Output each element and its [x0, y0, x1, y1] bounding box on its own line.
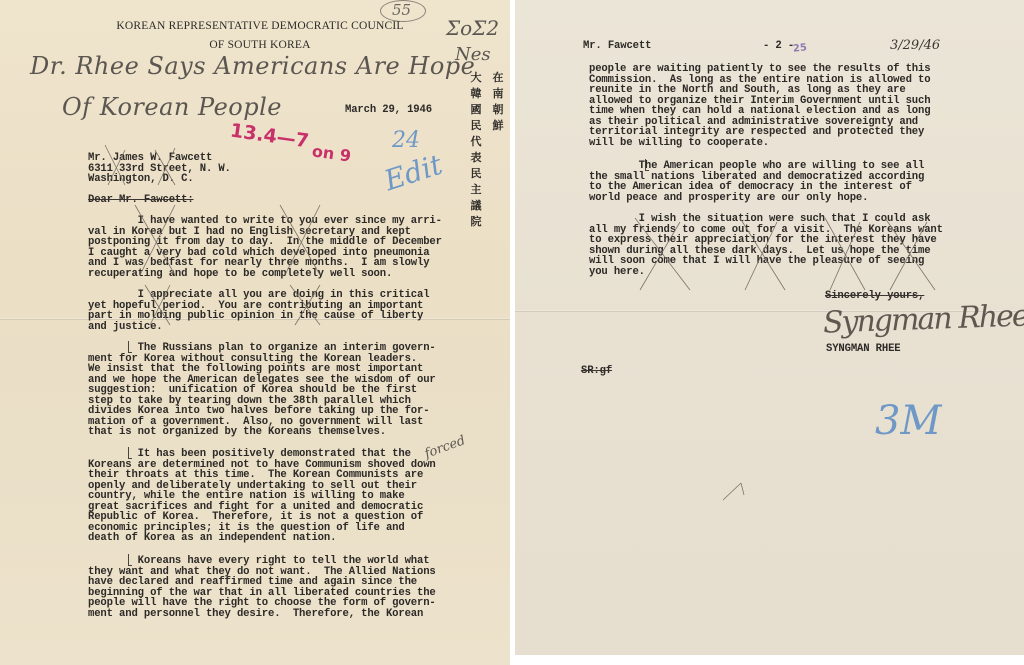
text-line: recuperating and hope to be completely w…	[88, 269, 392, 279]
text-line: world peace and prosperity are our only …	[589, 193, 868, 203]
handwritten-headline-line-2: Of Korean People	[62, 93, 282, 121]
text-line: have declared and reaffirmed time and ag…	[88, 577, 417, 587]
recipient-city: Washington, D. C.	[88, 174, 194, 184]
text-line: The American people who are willing to s…	[589, 161, 924, 171]
text-line: Koreans have every right to tell the wor…	[88, 556, 429, 566]
text-line: country, while the entire nation is will…	[88, 491, 405, 501]
text-line: territorial integrity are respected and …	[589, 127, 924, 137]
text-line: We insist that the following points are …	[88, 364, 423, 374]
text-line: part in molding public opinion in the ca…	[88, 311, 423, 321]
text-line: will be willing to cooperate.	[589, 138, 769, 148]
margin-note-top-right-1: ΣοΣ2	[446, 16, 499, 40]
cjk-char: 主	[470, 182, 482, 198]
red-stamp-on-page: on 9	[311, 141, 352, 165]
handwritten-signature: Syngman Rhee	[822, 298, 1024, 340]
blue-pencil-note: 3M	[875, 398, 941, 444]
cjk-char: 鮮	[492, 118, 504, 134]
letter-date: March 29, 1946	[345, 105, 432, 115]
cjk-char: 在	[492, 70, 504, 86]
letter-page-1: 55 KOREAN REPRESENTATIVE DEMOCRATIC COUN…	[0, 0, 510, 665]
text-line: I wish the situation were such that I co…	[589, 214, 930, 224]
letterhead-cjk-column-left: 大 韓 國 民 代 表 民 主 議 院	[470, 70, 482, 230]
letterhead-line-2: OF SOUTH KOREA	[0, 39, 510, 51]
page-header-recipient: Mr. Fawcett	[583, 41, 651, 51]
text-line: death of Korea as an independent nation.	[88, 533, 336, 543]
blue-pencil-edit-note: Edit	[380, 148, 446, 197]
text-line: ment and personnel they desire. Therefor…	[88, 609, 423, 619]
text-line: to the American idea of democracy in the…	[589, 182, 912, 192]
typed-signer-name: SYNGMAN RHEE	[826, 344, 901, 354]
text-line: postponing it from day to day. In the mi…	[88, 237, 442, 247]
red-stamp-number: 13.4—7	[229, 120, 310, 153]
cjk-char: 民	[470, 118, 482, 134]
letterhead-line-1: KOREAN REPRESENTATIVE DEMOCRATIC COUNCIL	[0, 20, 510, 32]
cjk-char: 議	[470, 198, 482, 214]
blue-pencil-number: 24	[392, 128, 420, 153]
handwritten-headline-line-1: Dr. Rhee Says Americans Are Hope	[30, 52, 475, 80]
cjk-char: 民	[470, 166, 482, 182]
cjk-char: 南	[492, 86, 504, 102]
text-line: The Russians plan to organize an interim…	[88, 343, 436, 353]
text-line: and justice.	[88, 322, 163, 332]
letter-page-2: Mr. Fawcett - 2 - 25 3/29/46 people are …	[515, 0, 1024, 655]
purple-stamp-mark: 25	[792, 42, 807, 54]
text-line: and I was bedfast for nearly three month…	[88, 258, 429, 268]
cjk-char: 朝	[492, 102, 504, 118]
text-line: time when they can hold a national elect…	[589, 106, 930, 116]
recipient-name: Mr. James W. Fawcett	[88, 153, 212, 163]
text-line: will soon come that I will have the plea…	[589, 256, 924, 266]
text-line: I have wanted to write to you ever since…	[88, 216, 442, 226]
letterhead-cjk-column-right: 在 南 朝 鮮	[492, 70, 504, 134]
text-line: you here.	[589, 267, 645, 277]
text-line: their throats at this time. The Korean C…	[88, 470, 423, 480]
text-line: Republic of Korea. Therefore, it is not …	[88, 512, 423, 522]
cjk-char: 國	[470, 102, 482, 118]
page-number: - 2 -	[763, 41, 794, 51]
text-line: that is not organized by the Koreans the…	[88, 427, 386, 437]
text-line: It has been positively demonstrated that…	[88, 449, 411, 459]
text-line: I appreciate all you are doing in this c…	[88, 290, 429, 300]
handwritten-insert-forced: forced	[423, 433, 468, 462]
cjk-char: 表	[470, 150, 482, 166]
text-line: to express their appreciation for the in…	[589, 235, 937, 245]
salutation: Dear Mr. Fawcett:	[88, 195, 194, 205]
circled-number-text: 55	[392, 1, 411, 19]
typist-initials: SR:gf	[581, 366, 612, 376]
cjk-char: 韓	[470, 86, 482, 102]
cjk-char: 院	[470, 214, 482, 230]
page-header-date: 3/29/46	[890, 38, 940, 53]
text-line: divides Korea into two halves before tak…	[88, 406, 429, 416]
closing: Sincerely yours,	[825, 291, 924, 301]
cjk-char: 代	[470, 134, 482, 150]
text-line: reunite in the North and South, as long …	[589, 85, 906, 95]
text-line: suggestion: unification of Korea should …	[88, 385, 417, 395]
text-line: people will have the right to choose the…	[88, 598, 436, 608]
cjk-char: 大	[470, 70, 482, 86]
text-line: people are waiting patiently to see the …	[589, 64, 930, 74]
